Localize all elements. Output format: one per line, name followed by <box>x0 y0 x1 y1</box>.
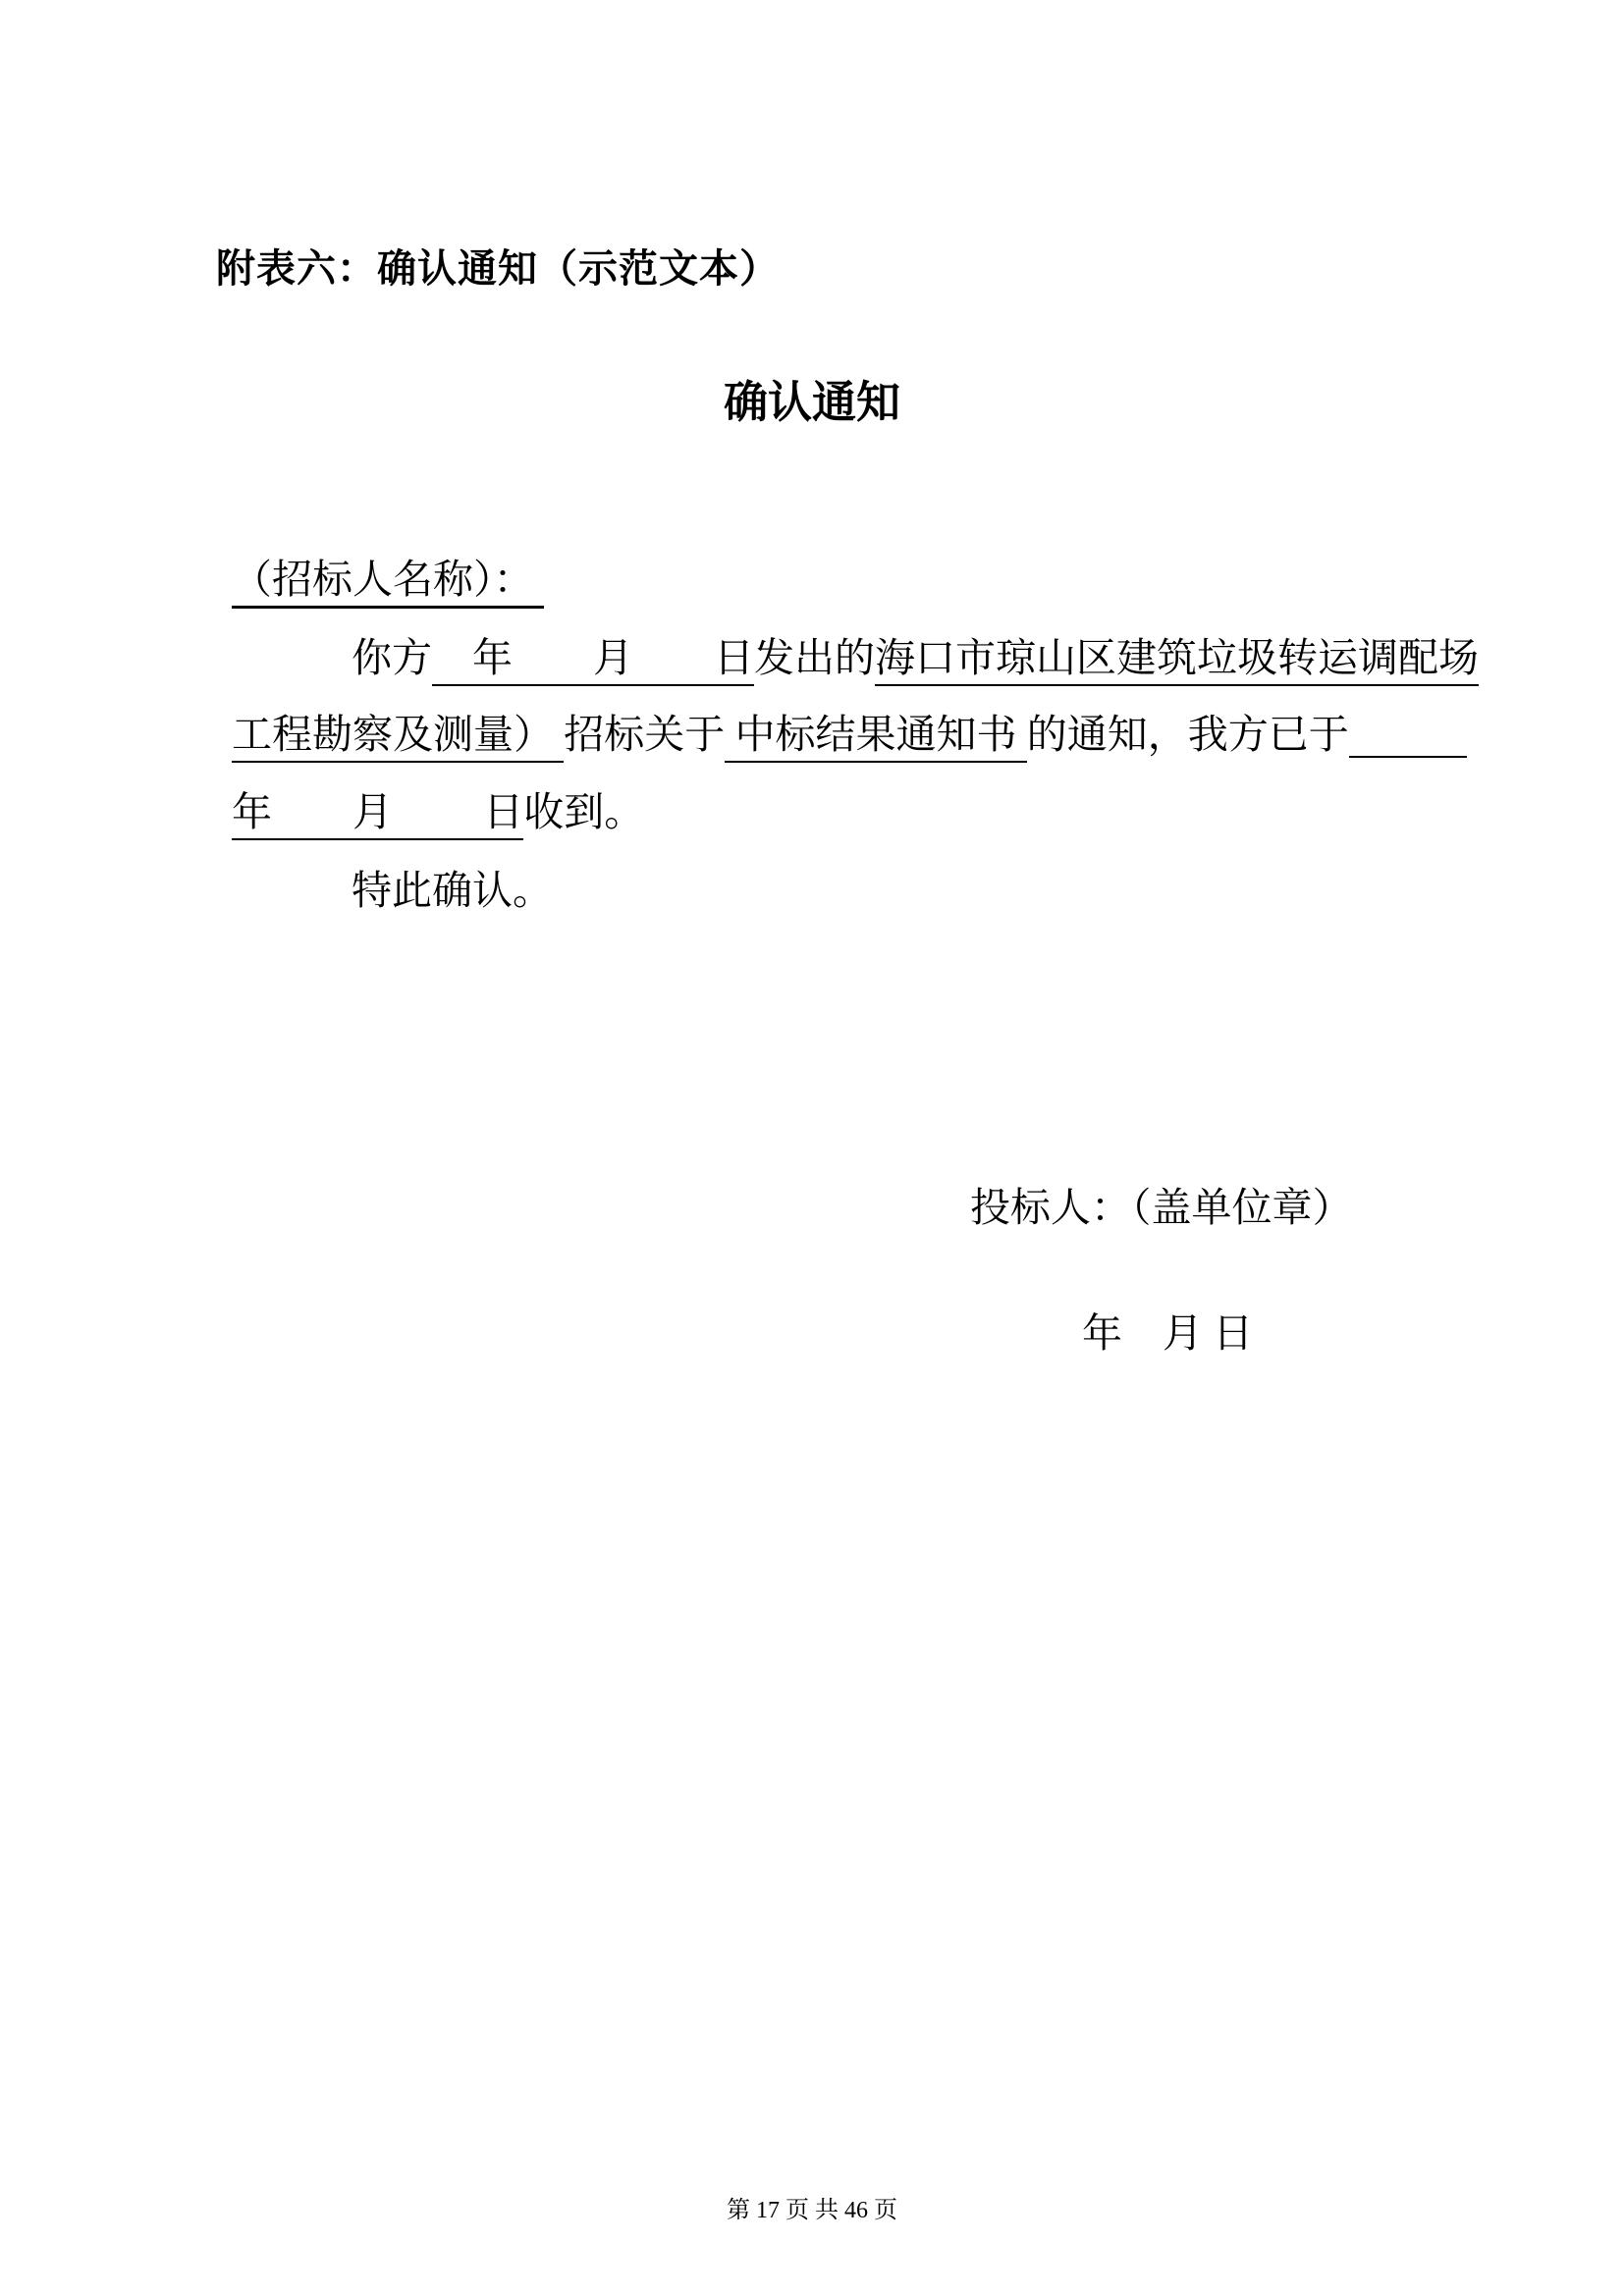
document-page: 附表六：确认通知（示范文本） 确认通知 （招标人名称）： 你方 年 月 日发出的… <box>0 0 1624 2296</box>
attachment-title: 附表六：确认通知（示范文本） <box>216 245 780 293</box>
page-number-footer: 第 17 页 共 46 页 <box>0 2197 1624 2225</box>
confirm-line: 特此确认。 <box>191 816 1458 967</box>
page-title: 确认通知 <box>0 378 1624 429</box>
bidder-signature-line: 投标人：（盖单位章） <box>970 1184 1353 1232</box>
confirm-text: 特此确认。 <box>352 868 553 913</box>
signature-date-line: 年 月 日 <box>1082 1309 1253 1358</box>
